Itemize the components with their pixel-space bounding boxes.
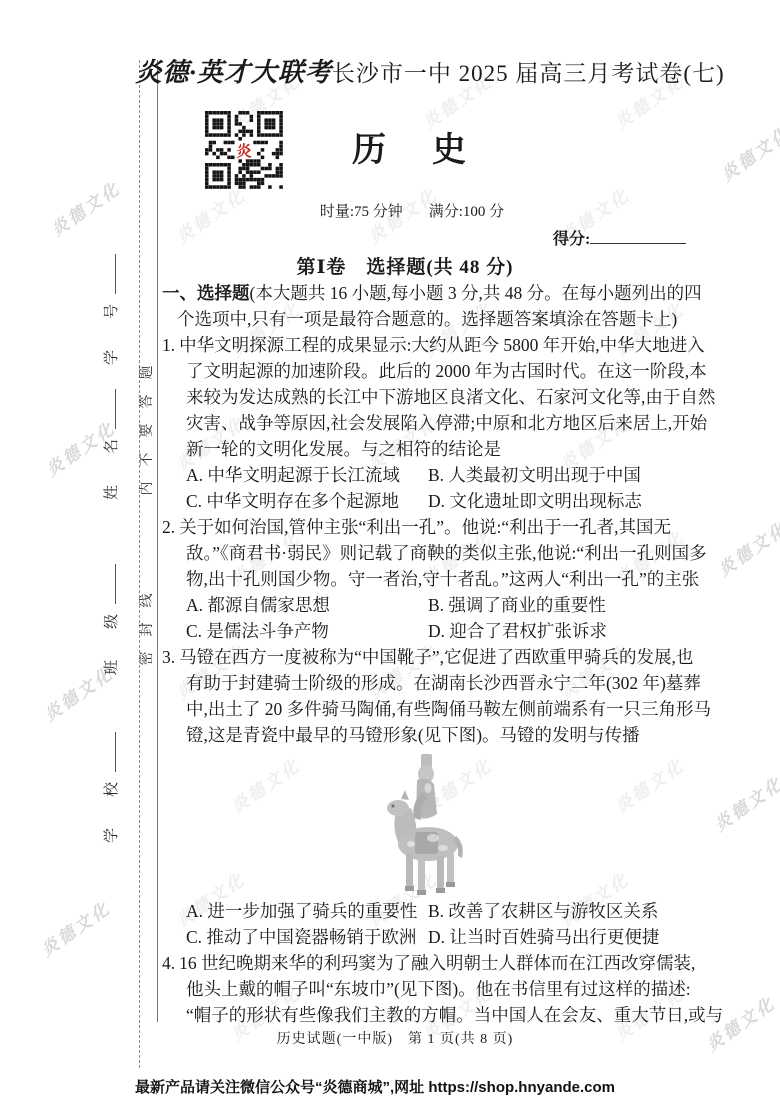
question-line: 中,出土了 20 多件骑马陶俑,有些陶俑马鞍左侧前端系有一只三角形马 (162, 696, 707, 722)
page-title: 炎德·英才大联考长沙市一中 2025 届高三月考试卷(七) (120, 52, 740, 89)
question-line: 了文明起源的加速阶段。此后的 2000 年为古国时代。在这一阶段,本 (162, 358, 707, 384)
question-line: 有助于封建骑士阶级的形成。在湖南长沙西晋永宁二年(302 年)墓葬 (162, 670, 707, 696)
blank-line (110, 389, 116, 429)
watermark: 炎德文化 (712, 514, 780, 580)
question-line: 来较为发达成熟的长江中下游地区良渚文化、石家河文化等,由于自然 (162, 384, 707, 410)
questions-area: 一、选择题(本大题共 16 小题,每小题 3 分,共 48 分。在每小题列出的四… (162, 280, 707, 1028)
seal-label-姓名: 姓 名 (102, 404, 122, 500)
option: A. 都源自儒家思想 (186, 592, 428, 618)
question-figure (150, 748, 695, 898)
intro-line: 一、选择题(本大题共 16 小题,每小题 3 分,共 48 分。在每小题列出的四 (162, 280, 707, 306)
watermark: 炎德文化 (715, 119, 780, 185)
question: 1.中华文明探源工程的成果显示:大约从距今 5800 年开始,中华大地进入了文明… (162, 332, 707, 514)
seal-phrase-bottom: 密封线 (139, 576, 157, 668)
exam-page: 炎德文化炎德文化炎德文化炎德文化炎德文化炎德文化炎德文化炎德文化炎德文化炎德文化… (0, 0, 780, 1104)
option-row: C. 是儒法斗争产物D. 迎合了君权扩张诉求 (162, 618, 707, 644)
seal-phrase-top: 内不要答题 (139, 348, 157, 498)
watermark: 炎德文化 (45, 174, 125, 240)
option: B. 强调了商业的重要性 (428, 592, 606, 618)
option: B. 改善了农耕区与游牧区关系 (428, 898, 658, 924)
option-row: A. 中华文明起源于长江流域B. 人类最初文明出现于中国 (162, 462, 707, 488)
brand-title: 炎德·英才大联考 (135, 58, 332, 87)
seal-dashed-line (139, 60, 140, 1068)
option: C. 推动了中国瓷器畅销于欧洲 (186, 924, 428, 950)
option: A. 进一步加强了骑兵的重要性 (186, 898, 428, 924)
score-field: 得分: (553, 226, 686, 249)
section-heading: 第Ⅰ卷 选择题(共 48 分) (105, 252, 705, 279)
question: 2.关于如何治国,管仲主张“利出一孔”。他说:“利出于一孔者,其国无敌。”《商君… (162, 514, 707, 644)
option-row: A. 进一步加强了骑兵的重要性B. 改善了农耕区与游牧区关系 (162, 898, 707, 924)
subject-title: 历 史 (162, 122, 662, 171)
score-blank-line (590, 238, 686, 244)
question-line: “帽子的形状有些像我们主教的方帽。当中国人在会友、重大节日,或与 (162, 1002, 707, 1028)
score-label: 得分: (553, 231, 590, 248)
question-line: 新一轮的文明化发展。与之相符的结论是 (162, 436, 707, 462)
question-line: 物,出十孔则国少物。守一者治,守十者乱。”这两人“利出一孔”的主张 (162, 566, 707, 592)
question-number: 1. (162, 335, 179, 355)
seal-label-学校: 学 校 (102, 747, 122, 843)
question-line: 敌。”《商君书·弱民》则记载了商鞅的类似主张,他说:“利出一孔则国多 (162, 540, 707, 566)
option-row: A. 都源自儒家思想B. 强调了商业的重要性 (162, 592, 707, 618)
question-number: 3. (162, 647, 179, 667)
question-line: 2.关于如何治国,管仲主张“利出一孔”。他说:“利出于一孔者,其国无 (162, 514, 707, 540)
question-number: 2. (162, 517, 179, 537)
watermark: 炎德文化 (708, 769, 780, 835)
seal-label-学号: 学 号 (102, 269, 122, 365)
option: D. 文化遗址即文明出现标志 (428, 488, 642, 514)
blank-line (110, 564, 116, 604)
option: D. 让当时百姓骑马出行更便捷 (428, 924, 659, 950)
full-score-label: 满分:100 分 (429, 204, 504, 220)
question-line: 灾害、战争等原因,社会发展陷入停滞;中原和北方地区后来居上,开始 (162, 410, 707, 436)
seal-label-班级: 班 级 (102, 579, 122, 675)
duration-label: 时量:75 分钟 (320, 204, 403, 220)
question-line: 镫,这是青瓷中最早的马镫形象(见下图)。马镫的发明与传播 (162, 722, 707, 748)
promo-banner: 最新产品请关注微信公众号“炎德商城”,网址 https://shop.hnyan… (0, 1076, 765, 1097)
horse-figurine-image (371, 748, 475, 896)
page-footer: 历史试题(一中版) 第 1 页(共 8 页) (95, 1028, 695, 1048)
exam-title: 长沙市一中 2025 届高三月考试卷(七) (332, 61, 725, 86)
option-row: C. 推动了中国瓷器畅销于欧洲D. 让当时百姓骑马出行更便捷 (162, 924, 707, 950)
option: C. 中华文明存在多个起源地 (186, 488, 428, 514)
question-line: 4.16 世纪晚期来华的利玛窦为了融入明朝士人群体而在江西改穿儒装, (162, 950, 707, 976)
watermark: 炎德文化 (35, 894, 115, 960)
option: D. 迎合了君权扩张诉求 (428, 618, 607, 644)
option-row: C. 中华文明存在多个起源地D. 文化遗址即文明出现标志 (162, 488, 707, 514)
intro-prefix: 一、选择题 (162, 283, 250, 303)
blank-line (110, 732, 116, 772)
question-line: 3.马镫在西方一度被称为“中国靴子”,它促进了西欧重甲骑兵的发展,也 (162, 644, 707, 670)
exam-meta: 时量:75 分钟满分:100 分 (162, 200, 662, 221)
question-line: 他头上戴的帽子叫“东坡巾”(见下图)。他在书信里有过这样的描述: (162, 976, 707, 1002)
question-line: 1.中华文明探源工程的成果显示:大约从距今 5800 年开始,中华大地进入 (162, 332, 707, 358)
option: B. 人类最初文明出现于中国 (428, 462, 641, 488)
intro-line: 个选项中,只有一项是最符合题意的。选择题答案填涂在答题卡上) (162, 306, 707, 332)
question-number: 4. (162, 953, 179, 973)
option: C. 是儒法斗争产物 (186, 618, 428, 644)
question: 4.16 世纪晚期来华的利玛窦为了融入明朝士人群体而在江西改穿儒装,他头上戴的帽… (162, 950, 707, 1028)
question: 3.马镫在西方一度被称为“中国靴子”,它促进了西欧重甲骑兵的发展,也有助于封建骑… (162, 644, 707, 950)
option: A. 中华文明起源于长江流域 (186, 462, 428, 488)
